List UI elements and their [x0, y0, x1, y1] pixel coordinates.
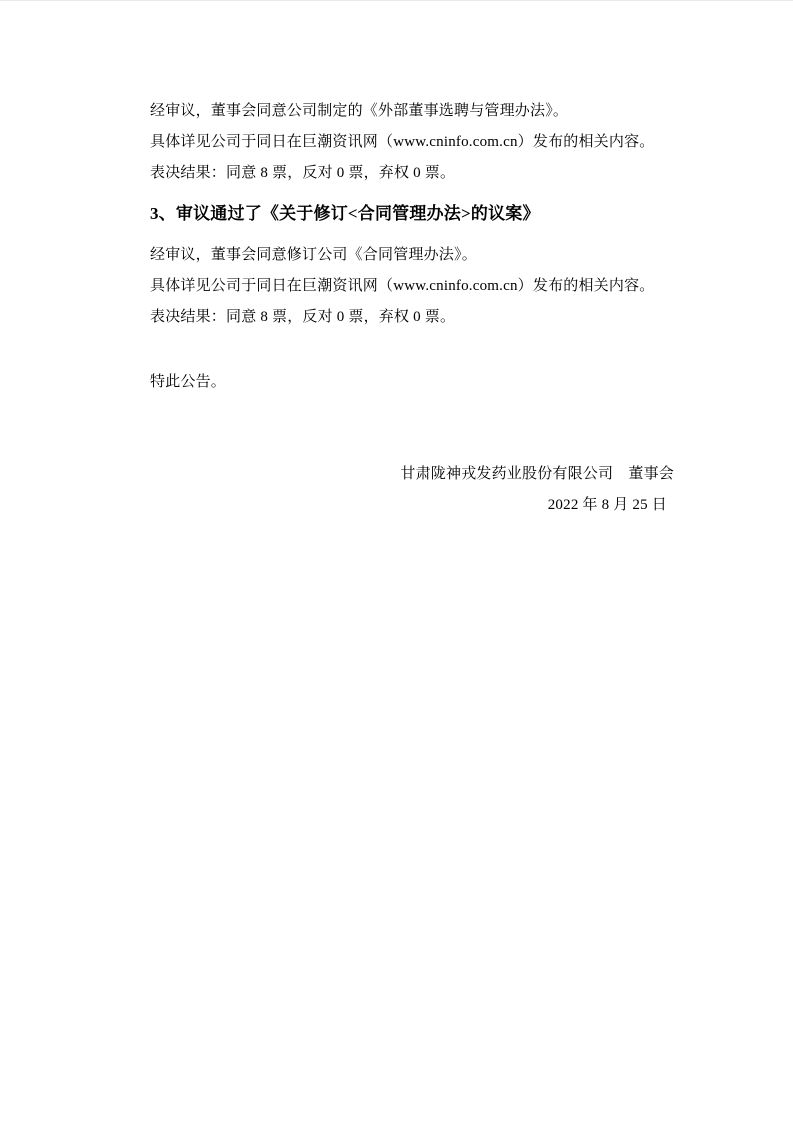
document-content: 经审议，董事会同意公司制定的《外部董事选聘与管理办法》。 具体详见公司于同日在巨…: [150, 96, 687, 521]
paragraph-cninfo-1: 具体详见公司于同日在巨潮资讯网（www.cninfo.com.cn）发布的相关内…: [150, 127, 687, 158]
document-page: 经审议，董事会同意公司制定的《外部董事选聘与管理办法》。 具体详见公司于同日在巨…: [0, 0, 793, 1122]
section-heading-3: 3、审议通过了《关于修订<合同管理办法>的议案》: [150, 198, 687, 229]
paragraph-cninfo-2: 具体详见公司于同日在巨潮资讯网（www.cninfo.com.cn）发布的相关内…: [150, 271, 687, 302]
signature-company: 甘肃陇神戎发药业股份有限公司 董事会: [150, 459, 687, 490]
paragraph-vote-result-2: 表决结果：同意 8 票，反对 0 票，弃权 0 票。: [150, 302, 687, 333]
signature-block: 甘肃陇神戎发药业股份有限公司 董事会 2022 年 8 月 25 日: [150, 459, 687, 521]
paragraph-vote-result-1: 表决结果：同意 8 票，反对 0 票，弃权 0 票。: [150, 158, 687, 189]
signature-date: 2022 年 8 月 25 日: [150, 490, 687, 521]
paragraph-approval-2: 经审议，董事会同意修订公司《合同管理办法》。: [150, 240, 687, 271]
closing-paragraph: 特此公告。: [150, 367, 687, 398]
paragraph-approval-1: 经审议，董事会同意公司制定的《外部董事选聘与管理办法》。: [150, 96, 687, 127]
